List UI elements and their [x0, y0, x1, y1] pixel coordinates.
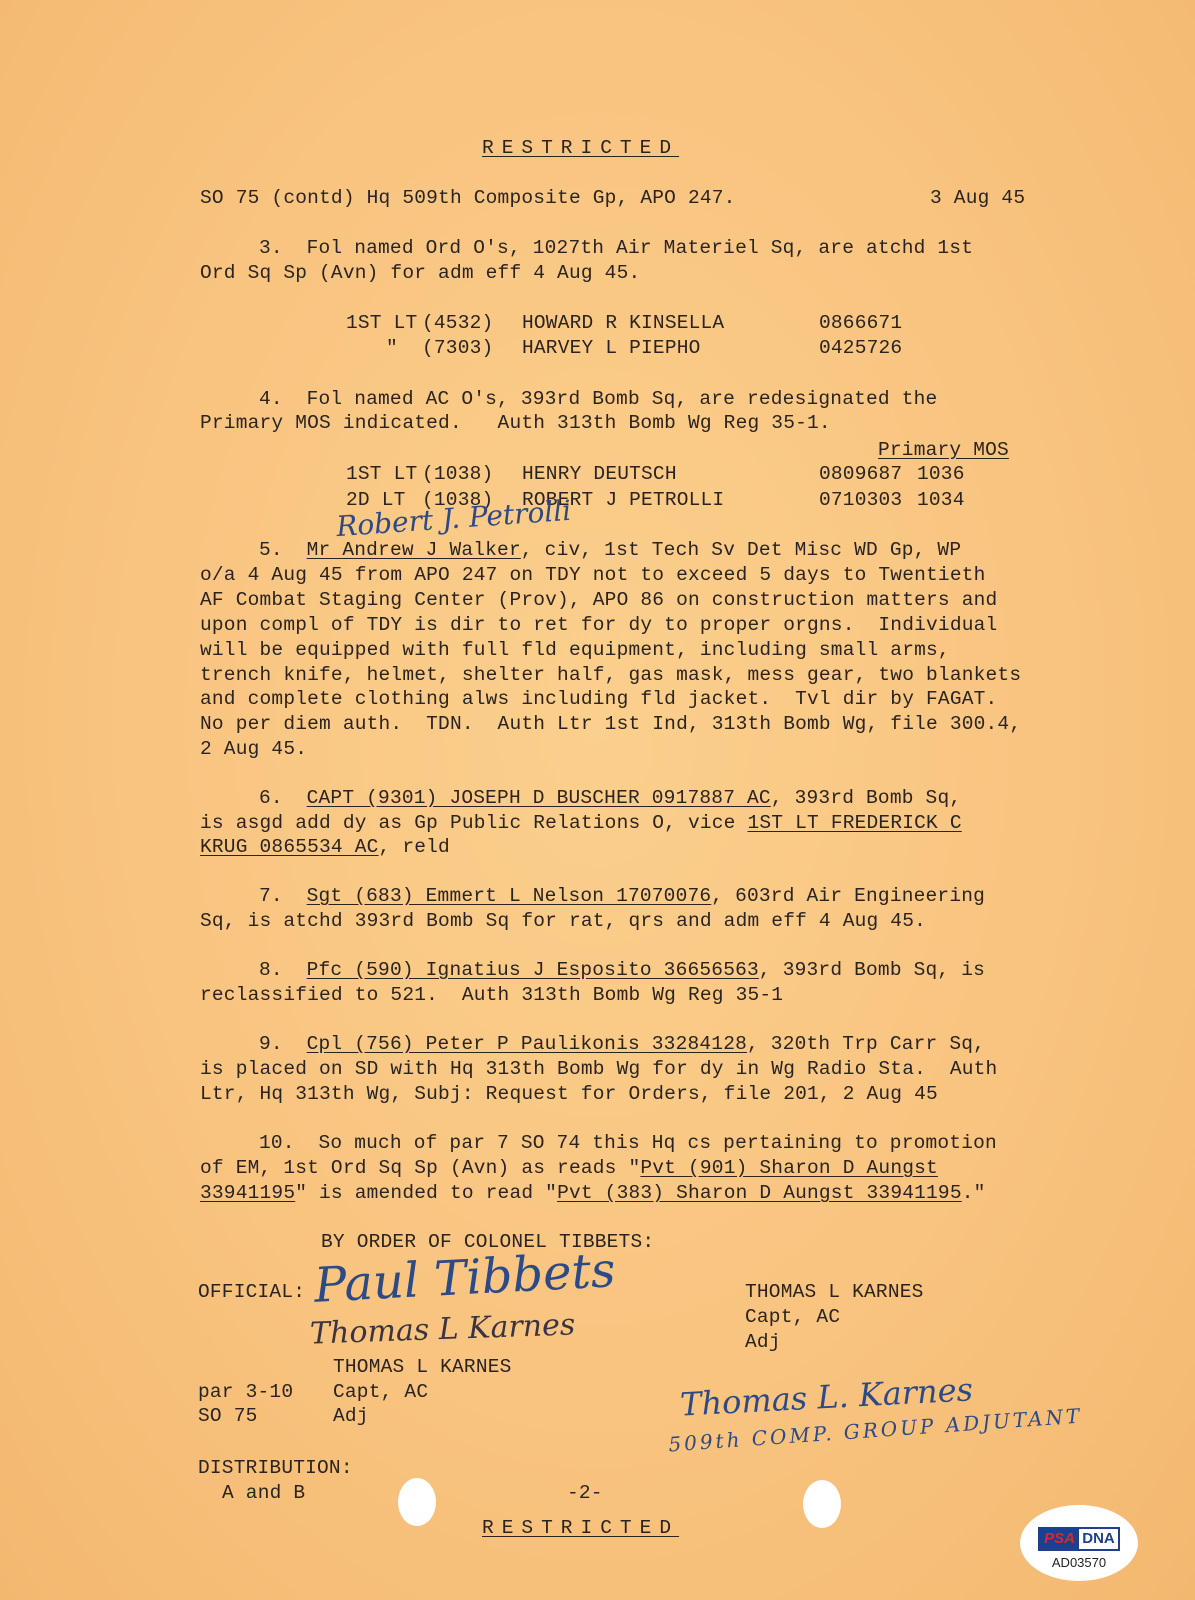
- p7-line1-rest: , 603rd Air Engineering: [711, 885, 985, 907]
- p8-line1-rest: , 393rd Bomb Sq, is: [759, 959, 985, 981]
- dna-logo-text: DNA: [1079, 1529, 1118, 1549]
- p5-line1: 5. Mr Andrew J Walker, civ, 1st Tech Sv …: [259, 538, 961, 563]
- p3-row1-name: HOWARD R KINSELLA: [522, 311, 724, 336]
- p10-old-entry-cont: 33941195: [200, 1182, 295, 1204]
- p5-line8: No per diem auth. TDN. Auth Ltr 1st Ind,…: [200, 712, 1021, 737]
- par-reference: par 3-10: [198, 1380, 293, 1405]
- p4-row1-rank: 1ST LT: [346, 462, 417, 487]
- p3-row1-serial: 0866671: [819, 311, 902, 336]
- document-page: RESTRICTED SO 75 (contd) Hq 509th Compos…: [0, 0, 1195, 1600]
- page-number: -2-: [567, 1481, 603, 1506]
- p9-line1-rest: , 320th Trp Carr Sq,: [747, 1033, 985, 1055]
- distribution-label: DISTRIBUTION:: [198, 1456, 353, 1481]
- p5-line5: will be equipped with full fld equipment…: [200, 638, 950, 663]
- p10-line3-end: .": [962, 1182, 986, 1204]
- p4-row1-serial: 0809687: [819, 462, 902, 487]
- p9-person: Cpl (756) Peter P Paulikonis 33284128: [307, 1033, 747, 1055]
- p3-row2-serial: 0425726: [819, 336, 902, 361]
- punch-hole-left: [398, 1478, 436, 1526]
- p5-line4: upon compl of TDY is dir to ret for dy t…: [200, 613, 997, 638]
- p3-row1-mos: (4532): [422, 311, 493, 336]
- p6-line3: KRUG 0865534 AC, reld: [200, 835, 450, 860]
- classification-header: RESTRICTED: [482, 136, 679, 161]
- p9-number: 9.: [259, 1033, 283, 1055]
- distribution-value: A and B: [222, 1481, 305, 1506]
- p6-line2-text: is asgd add dy as Gp Public Relations O,…: [200, 812, 748, 834]
- p8-person: Pfc (590) Ignatius J Esposito 36656563: [307, 959, 759, 981]
- p3-line2: Ord Sq Sp (Avn) for adm eff 4 Aug 45.: [200, 261, 640, 286]
- p7-line2: Sq, is atchd 393rd Bomb Sq for rat, qrs …: [200, 909, 926, 934]
- p9-line3: Ltr, Hq 313th Wg, Subj: Request for Orde…: [200, 1082, 938, 1107]
- psa-logo-text: PSA: [1040, 1529, 1079, 1549]
- certificate-number: AD03570: [1020, 1555, 1138, 1570]
- order-reference: SO 75 (contd) Hq 509th Composite Gp, APO…: [200, 186, 736, 211]
- p3-row2-rank: ": [386, 336, 398, 361]
- right-block-name: THOMAS L KARNES: [745, 1280, 924, 1305]
- p5-line9: 2 Aug 45.: [200, 737, 307, 762]
- p6-line3-rest: , reld: [379, 836, 450, 858]
- psa-dna-logo: PSA DNA: [1038, 1527, 1120, 1551]
- p9-line2: is placed on SD with Hq 313th Bomb Wg fo…: [200, 1057, 997, 1082]
- p4-row1-mos: (1038): [422, 462, 493, 487]
- official-label: OFFICIAL:: [198, 1280, 305, 1305]
- p4-line2: Primary MOS indicated. Auth 313th Bomb W…: [200, 411, 831, 436]
- p10-line1: 10. So much of par 7 SO 74 this Hq cs pe…: [259, 1131, 997, 1156]
- punch-hole-right: [803, 1480, 841, 1528]
- p10-new-entry: Pvt (383) Sharon D Aungst 33941195: [557, 1182, 962, 1204]
- p5-person: Mr Andrew J Walker: [307, 539, 521, 561]
- p6-line2: is asgd add dy as Gp Public Relations O,…: [200, 811, 962, 836]
- p10-line2: of EM, 1st Ord Sq Sp (Avn) as reads "Pvt…: [200, 1156, 938, 1181]
- p7-person: Sgt (683) Emmert L Nelson 17070076: [307, 885, 712, 907]
- so-reference: SO 75: [198, 1404, 258, 1429]
- p8-line1: 8. Pfc (590) Ignatius J Esposito 3665656…: [259, 958, 985, 983]
- p5-number: 5.: [259, 539, 283, 561]
- p6-person: CAPT (9301) JOSEPH D BUSCHER 0917887 AC: [307, 787, 771, 809]
- p6-relieved-officer-cont: KRUG 0865534 AC: [200, 836, 379, 858]
- left-block-title: Adj: [333, 1404, 369, 1429]
- p3-line1: 3. Fol named Ord O's, 1027th Air Materie…: [259, 236, 973, 261]
- right-block-title: Adj: [745, 1330, 781, 1355]
- left-block-name: THOMAS L KARNES: [333, 1355, 512, 1380]
- karnes-signature: Thomas L Karnes: [309, 1307, 575, 1351]
- left-block-rank: Capt, AC: [333, 1380, 428, 1405]
- p4-row1-name: HENRY DEUTSCH: [522, 462, 677, 487]
- p5-line1-rest: , civ, 1st Tech Sv Det Misc WD Gp, WP: [521, 539, 961, 561]
- order-date: 3 Aug 45: [930, 186, 1025, 211]
- p10-line2-text: of EM, 1st Ord Sq Sp (Avn) as reads ": [200, 1157, 640, 1179]
- p8-number: 8.: [259, 959, 283, 981]
- p4-row2-primary-mos: 1034: [917, 488, 965, 513]
- p7-number: 7.: [259, 885, 283, 907]
- p3-row2-mos: (7303): [422, 336, 493, 361]
- p5-line2: o/a 4 Aug 45 from APO 247 on TDY not to …: [200, 563, 986, 588]
- authentication-sticker: PSA DNA AD03570: [1020, 1505, 1138, 1581]
- p10-line3-text: " is amended to read ": [295, 1182, 557, 1204]
- right-block-rank: Capt, AC: [745, 1305, 840, 1330]
- p7-line1: 7. Sgt (683) Emmert L Nelson 17070076, 6…: [259, 884, 985, 909]
- p3-row2-name: HARVEY L PIEPHO: [522, 336, 701, 361]
- p4-row2-serial: 0710303: [819, 488, 902, 513]
- p6-relieved-officer: 1ST LT FREDERICK C: [748, 812, 962, 834]
- p9-line1: 9. Cpl (756) Peter P Paulikonis 33284128…: [259, 1032, 985, 1057]
- p4-primary-mos-header: Primary MOS: [878, 438, 1009, 463]
- p10-line3: 33941195" is amended to read "Pvt (383) …: [200, 1181, 986, 1206]
- p5-line7: and complete clothing alws including fld…: [200, 687, 997, 712]
- p5-line3: AF Combat Staging Center (Prov), APO 86 …: [200, 588, 997, 613]
- p6-line1-rest: , 393rd Bomb Sq,: [771, 787, 961, 809]
- p5-line6: trench knife, helmet, shelter half, gas …: [200, 663, 1021, 688]
- p4-row1-primary-mos: 1036: [917, 462, 965, 487]
- p6-number: 6.: [259, 787, 283, 809]
- p4-line1: 4. Fol named AC O's, 393rd Bomb Sq, are …: [259, 387, 937, 412]
- p6-line1: 6. CAPT (9301) JOSEPH D BUSCHER 0917887 …: [259, 786, 961, 811]
- p3-row1-rank: 1ST LT: [346, 311, 417, 336]
- p8-line2: reclassified to 521. Auth 313th Bomb Wg …: [200, 983, 783, 1008]
- p10-old-entry: Pvt (901) Sharon D Aungst: [640, 1157, 938, 1179]
- classification-footer: RESTRICTED: [482, 1516, 679, 1541]
